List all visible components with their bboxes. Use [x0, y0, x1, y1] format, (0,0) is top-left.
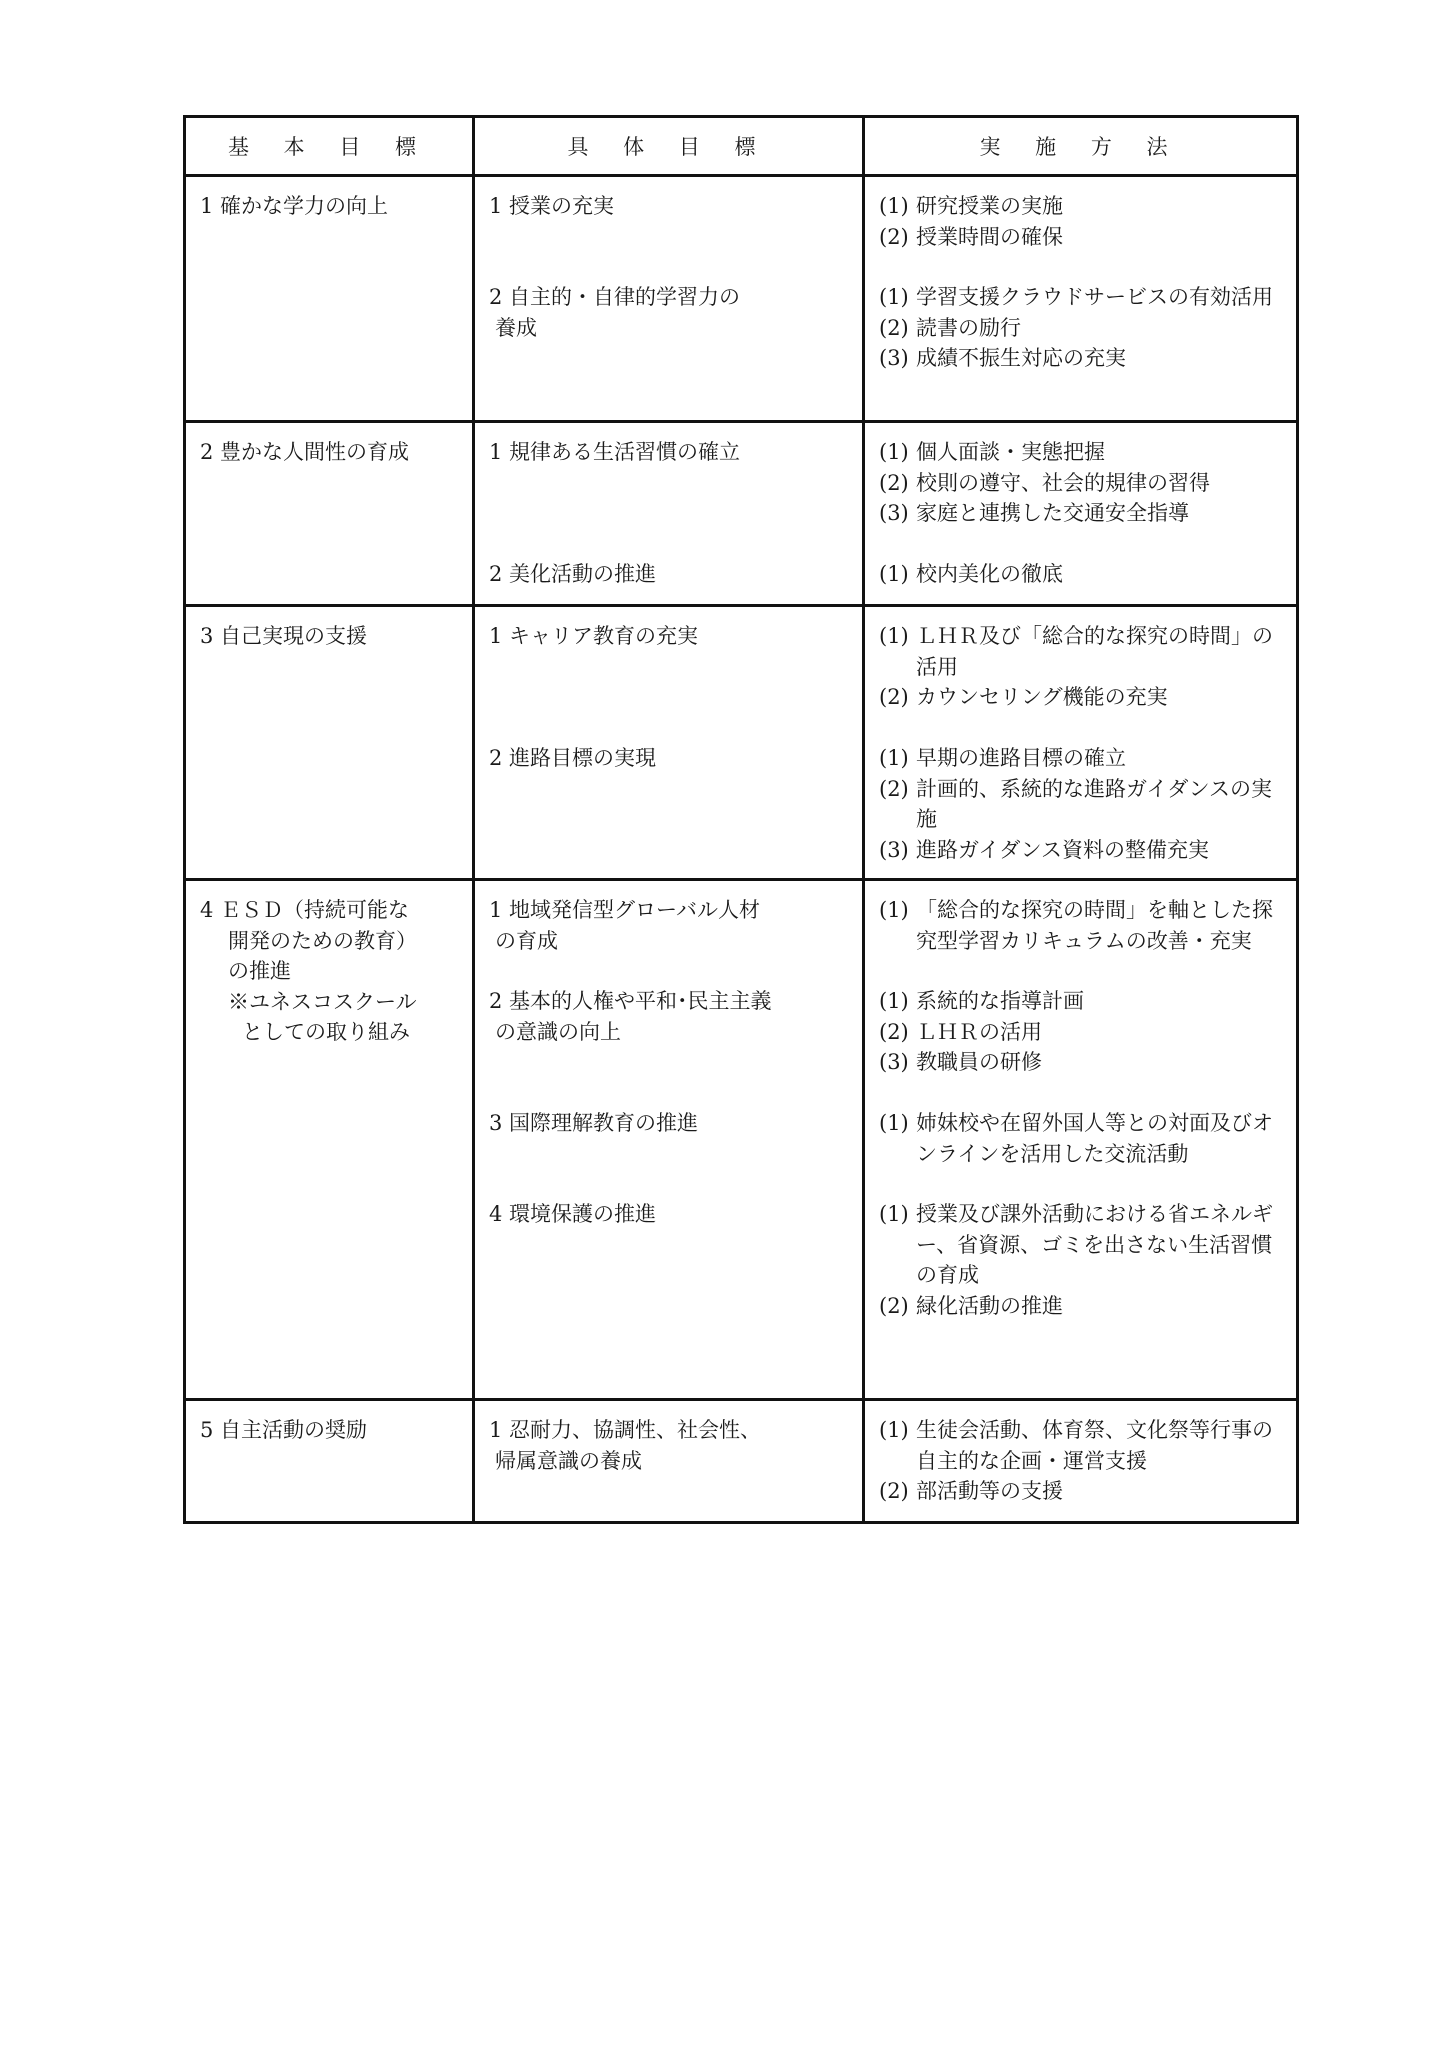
method-text: 校則の遵守、社会的規律の習得 [916, 468, 1290, 499]
method-number: (1) [879, 559, 916, 590]
method-number: (1) [879, 1199, 916, 1291]
method-number: (1) [879, 191, 916, 222]
basic-goal-text: 1 確かな学力の向上 [200, 191, 466, 222]
table-header-row: 基 本 目 標 具 体 目 標 実 施 方 法 [185, 117, 1298, 176]
specific-goal-item: 1 規律ある生活習慣の確立 [489, 437, 856, 529]
basic-goal-text: 2 豊かな人間性の育成 [200, 437, 466, 468]
specific-goal-text: 1 規律ある生活習慣の確立 [489, 437, 856, 468]
method-group: (1)学習支援クラウドサービスの有効活用(2)読書の励行(3)成績不振生対応の充… [879, 282, 1290, 374]
basic-goal-text: 4 ＥＳＤ（持続可能な [200, 895, 466, 926]
method-group: (1)個人面談・実態把握(2)校則の遵守、社会的規律の習得(3)家庭と連携した交… [879, 437, 1290, 529]
method-text: 授業及び課外活動における省エネルギー、省資源、ゴミを出さない生活習慣の育成 [916, 1199, 1290, 1291]
method-number: (3) [879, 1047, 916, 1078]
method-text: 教職員の研修 [916, 1047, 1290, 1078]
method-item: (2)読書の励行 [879, 313, 1290, 344]
method-item: (2)カウンセリング機能の充実 [879, 682, 1290, 713]
header-specific-goal: 具 体 目 標 [474, 117, 864, 176]
specific-goal-text: 1 忍耐力、協調性、社会性、 [489, 1415, 856, 1446]
method-number: (1) [879, 743, 916, 774]
method-number: (2) [879, 682, 916, 713]
method-text: 校内美化の徹底 [916, 559, 1290, 590]
method-item: (3)家庭と連携した交通安全指導 [879, 498, 1290, 529]
specific-goal-cell: 1 忍耐力、協調性、社会性、帰属意識の養成 [474, 1400, 864, 1523]
header-implementation-method: 実 施 方 法 [864, 117, 1298, 176]
method-group: (1)授業及び課外活動における省エネルギー、省資源、ゴミを出さない生活習慣の育成… [879, 1199, 1290, 1321]
specific-goal-item: 1 キャリア教育の充実 [489, 621, 856, 713]
basic-goal-text: ※ユネスコスクール [200, 987, 466, 1018]
school-goals-table: 基 本 目 標 具 体 目 標 実 施 方 法 1 確かな学力の向上1 授業の充… [183, 115, 1299, 1524]
method-number: (1) [879, 1415, 916, 1476]
method-item: (2)ＬＨＲの活用 [879, 1017, 1290, 1048]
method-number: (3) [879, 498, 916, 529]
method-group: (1)生徒会活動、体育祭、文化祭等行事の自主的な企画・運営支援(2)部活動等の支… [879, 1415, 1290, 1507]
table-row: 5 自主活動の奨励1 忍耐力、協調性、社会性、帰属意識の養成(1)生徒会活動、体… [185, 1400, 1298, 1523]
method-number: (2) [879, 1017, 916, 1048]
method-cell: (1)研究授業の実施(2)授業時間の確保(1)学習支援クラウドサービスの有効活用… [864, 176, 1298, 422]
method-item: (1)早期の進路目標の確立 [879, 743, 1290, 774]
method-text: 家庭と連携した交通安全指導 [916, 498, 1290, 529]
specific-goal-item: 1 忍耐力、協調性、社会性、帰属意識の養成 [489, 1415, 856, 1507]
method-number: (1) [879, 895, 916, 956]
specific-goal-item: 2 美化活動の推進 [489, 559, 856, 590]
specific-goal-text: 1 授業の充実 [489, 191, 856, 222]
method-text: 進路ガイダンス資料の整備充実 [916, 835, 1290, 866]
method-number: (3) [879, 835, 916, 866]
method-text: ＬＨＲ及び「総合的な探究の時間」の活用 [916, 621, 1290, 682]
basic-goal-text: 開発のための教育） [200, 926, 466, 957]
specific-goal-cell: 1 地域発信型グローバル人材の育成2 基本的人権や平和･民主主義の意識の向上3 … [474, 880, 864, 1400]
method-item: (3)成績不振生対応の充実 [879, 343, 1290, 374]
method-item: (2)授業時間の確保 [879, 222, 1290, 253]
method-text: ＬＨＲの活用 [916, 1017, 1290, 1048]
method-number: (3) [879, 343, 916, 374]
method-group: (1)早期の進路目標の確立(2)計画的、系統的な進路ガイダンスの実施(3)進路ガ… [879, 743, 1290, 865]
specific-goal-text: 4 環境保護の推進 [489, 1199, 856, 1230]
specific-goal-text: 養成 [489, 313, 856, 344]
method-group: (1)系統的な指導計画(2)ＬＨＲの活用(3)教職員の研修 [879, 986, 1290, 1078]
method-item: (2)計画的、系統的な進路ガイダンスの実施 [879, 774, 1290, 835]
specific-goal-item: 1 授業の充実 [489, 191, 856, 252]
method-text: 系統的な指導計画 [916, 986, 1290, 1017]
specific-goal-text: 1 地域発信型グローバル人材 [489, 895, 856, 926]
method-item: (1)系統的な指導計画 [879, 986, 1290, 1017]
method-item: (1)個人面談・実態把握 [879, 437, 1290, 468]
method-group: (1)「総合的な探究の時間」を軸とした探究型学習カリキュラムの改善・充実 [879, 895, 1290, 956]
method-text: 緑化活動の推進 [916, 1291, 1290, 1322]
method-item: (1)ＬＨＲ及び「総合的な探究の時間」の活用 [879, 621, 1290, 682]
basic-goal-text: 3 自己実現の支援 [200, 621, 466, 652]
method-cell: (1)生徒会活動、体育祭、文化祭等行事の自主的な企画・運営支援(2)部活動等の支… [864, 1400, 1298, 1523]
method-cell: (1)個人面談・実態把握(2)校則の遵守、社会的規律の習得(3)家庭と連携した交… [864, 422, 1298, 606]
method-text: 学習支援クラウドサービスの有効活用 [916, 282, 1290, 313]
method-number: (1) [879, 986, 916, 1017]
method-item: (1)学習支援クラウドサービスの有効活用 [879, 282, 1290, 313]
basic-goal-cell: 5 自主活動の奨励 [185, 1400, 474, 1523]
method-text: 授業時間の確保 [916, 222, 1290, 253]
basic-goal-cell: 4 ＥＳＤ（持続可能な開発のための教育）の推進※ユネスコスクールとしての取り組み [185, 880, 474, 1400]
method-number: (2) [879, 774, 916, 835]
method-number: (1) [879, 437, 916, 468]
method-number: (2) [879, 313, 916, 344]
specific-goal-item: 2 基本的人権や平和･民主主義の意識の向上 [489, 986, 856, 1078]
basic-goal-text: の推進 [200, 956, 466, 987]
method-group: (1)校内美化の徹底 [879, 559, 1290, 590]
table-row: 4 ＥＳＤ（持続可能な開発のための教育）の推進※ユネスコスクールとしての取り組み… [185, 880, 1298, 1400]
method-cell: (1)ＬＨＲ及び「総合的な探究の時間」の活用(2)カウンセリング機能の充実(1)… [864, 606, 1298, 880]
method-text: 部活動等の支援 [916, 1476, 1290, 1507]
specific-goal-text: 2 美化活動の推進 [489, 559, 856, 590]
method-item: (2)緑化活動の推進 [879, 1291, 1290, 1322]
method-text: 姉妹校や在留外国人等との対面及びオンラインを活用した交流活動 [916, 1108, 1290, 1169]
method-number: (1) [879, 282, 916, 313]
method-item: (1)授業及び課外活動における省エネルギー、省資源、ゴミを出さない生活習慣の育成 [879, 1199, 1290, 1291]
method-text: カウンセリング機能の充実 [916, 682, 1290, 713]
specific-goal-item: 3 国際理解教育の推進 [489, 1108, 856, 1169]
specific-goal-cell: 1 キャリア教育の充実2 進路目標の実現 [474, 606, 864, 880]
basic-goal-cell: 3 自己実現の支援 [185, 606, 474, 880]
specific-goal-item: 4 環境保護の推進 [489, 1199, 856, 1321]
method-item: (3)教職員の研修 [879, 1047, 1290, 1078]
specific-goal-text: 2 基本的人権や平和･民主主義 [489, 986, 856, 1017]
table-row: 1 確かな学力の向上1 授業の充実2 自主的・自律的学習力の養成(1)研究授業の… [185, 176, 1298, 422]
specific-goal-text: 2 進路目標の実現 [489, 743, 856, 774]
method-item: (1)「総合的な探究の時間」を軸とした探究型学習カリキュラムの改善・充実 [879, 895, 1290, 956]
specific-goal-item: 2 進路目標の実現 [489, 743, 856, 865]
method-text: 成績不振生対応の充実 [916, 343, 1290, 374]
method-number: (1) [879, 621, 916, 682]
specific-goal-text: 1 キャリア教育の充実 [489, 621, 856, 652]
method-number: (1) [879, 1108, 916, 1169]
specific-goal-text: の意識の向上 [489, 1017, 856, 1048]
table-row: 2 豊かな人間性の育成1 規律ある生活習慣の確立2 美化活動の推進(1)個人面談… [185, 422, 1298, 606]
method-item: (1)校内美化の徹底 [879, 559, 1290, 590]
method-group: (1)ＬＨＲ及び「総合的な探究の時間」の活用(2)カウンセリング機能の充実 [879, 621, 1290, 713]
method-cell: (1)「総合的な探究の時間」を軸とした探究型学習カリキュラムの改善・充実(1)系… [864, 880, 1298, 1400]
basic-goal-cell: 1 確かな学力の向上 [185, 176, 474, 422]
header-basic-goal: 基 本 目 標 [185, 117, 474, 176]
method-number: (2) [879, 222, 916, 253]
method-group: (1)研究授業の実施(2)授業時間の確保 [879, 191, 1290, 252]
method-text: 個人面談・実態把握 [916, 437, 1290, 468]
specific-goal-cell: 1 規律ある生活習慣の確立2 美化活動の推進 [474, 422, 864, 606]
method-text: 計画的、系統的な進路ガイダンスの実施 [916, 774, 1290, 835]
method-item: (3)進路ガイダンス資料の整備充実 [879, 835, 1290, 866]
method-item: (1)姉妹校や在留外国人等との対面及びオンラインを活用した交流活動 [879, 1108, 1290, 1169]
method-text: 研究授業の実施 [916, 191, 1290, 222]
specific-goal-item: 2 自主的・自律的学習力の養成 [489, 282, 856, 374]
basic-goal-text: 5 自主活動の奨励 [200, 1415, 466, 1446]
specific-goal-text: の育成 [489, 926, 856, 957]
method-text: 生徒会活動、体育祭、文化祭等行事の自主的な企画・運営支援 [916, 1415, 1290, 1476]
method-text: 読書の励行 [916, 313, 1290, 344]
basic-goal-text: としての取り組み [200, 1017, 466, 1048]
specific-goal-text: 2 自主的・自律的学習力の [489, 282, 856, 313]
table-row: 3 自己実現の支援1 キャリア教育の充実2 進路目標の実現(1)ＬＨＲ及び「総合… [185, 606, 1298, 880]
method-item: (2)校則の遵守、社会的規律の習得 [879, 468, 1290, 499]
method-item: (2)部活動等の支援 [879, 1476, 1290, 1507]
specific-goal-text: 帰属意識の養成 [489, 1446, 856, 1477]
method-item: (1)研究授業の実施 [879, 191, 1290, 222]
method-number: (2) [879, 1291, 916, 1322]
method-number: (2) [879, 1476, 916, 1507]
method-number: (2) [879, 468, 916, 499]
specific-goal-cell: 1 授業の充実2 自主的・自律的学習力の養成 [474, 176, 864, 422]
specific-goal-item: 1 地域発信型グローバル人材の育成 [489, 895, 856, 956]
method-text: 「総合的な探究の時間」を軸とした探究型学習カリキュラムの改善・充実 [916, 895, 1290, 956]
method-item: (1)生徒会活動、体育祭、文化祭等行事の自主的な企画・運営支援 [879, 1415, 1290, 1476]
basic-goal-cell: 2 豊かな人間性の育成 [185, 422, 474, 606]
method-group: (1)姉妹校や在留外国人等との対面及びオンラインを活用した交流活動 [879, 1108, 1290, 1169]
specific-goal-text: 3 国際理解教育の推進 [489, 1108, 856, 1139]
method-text: 早期の進路目標の確立 [916, 743, 1290, 774]
